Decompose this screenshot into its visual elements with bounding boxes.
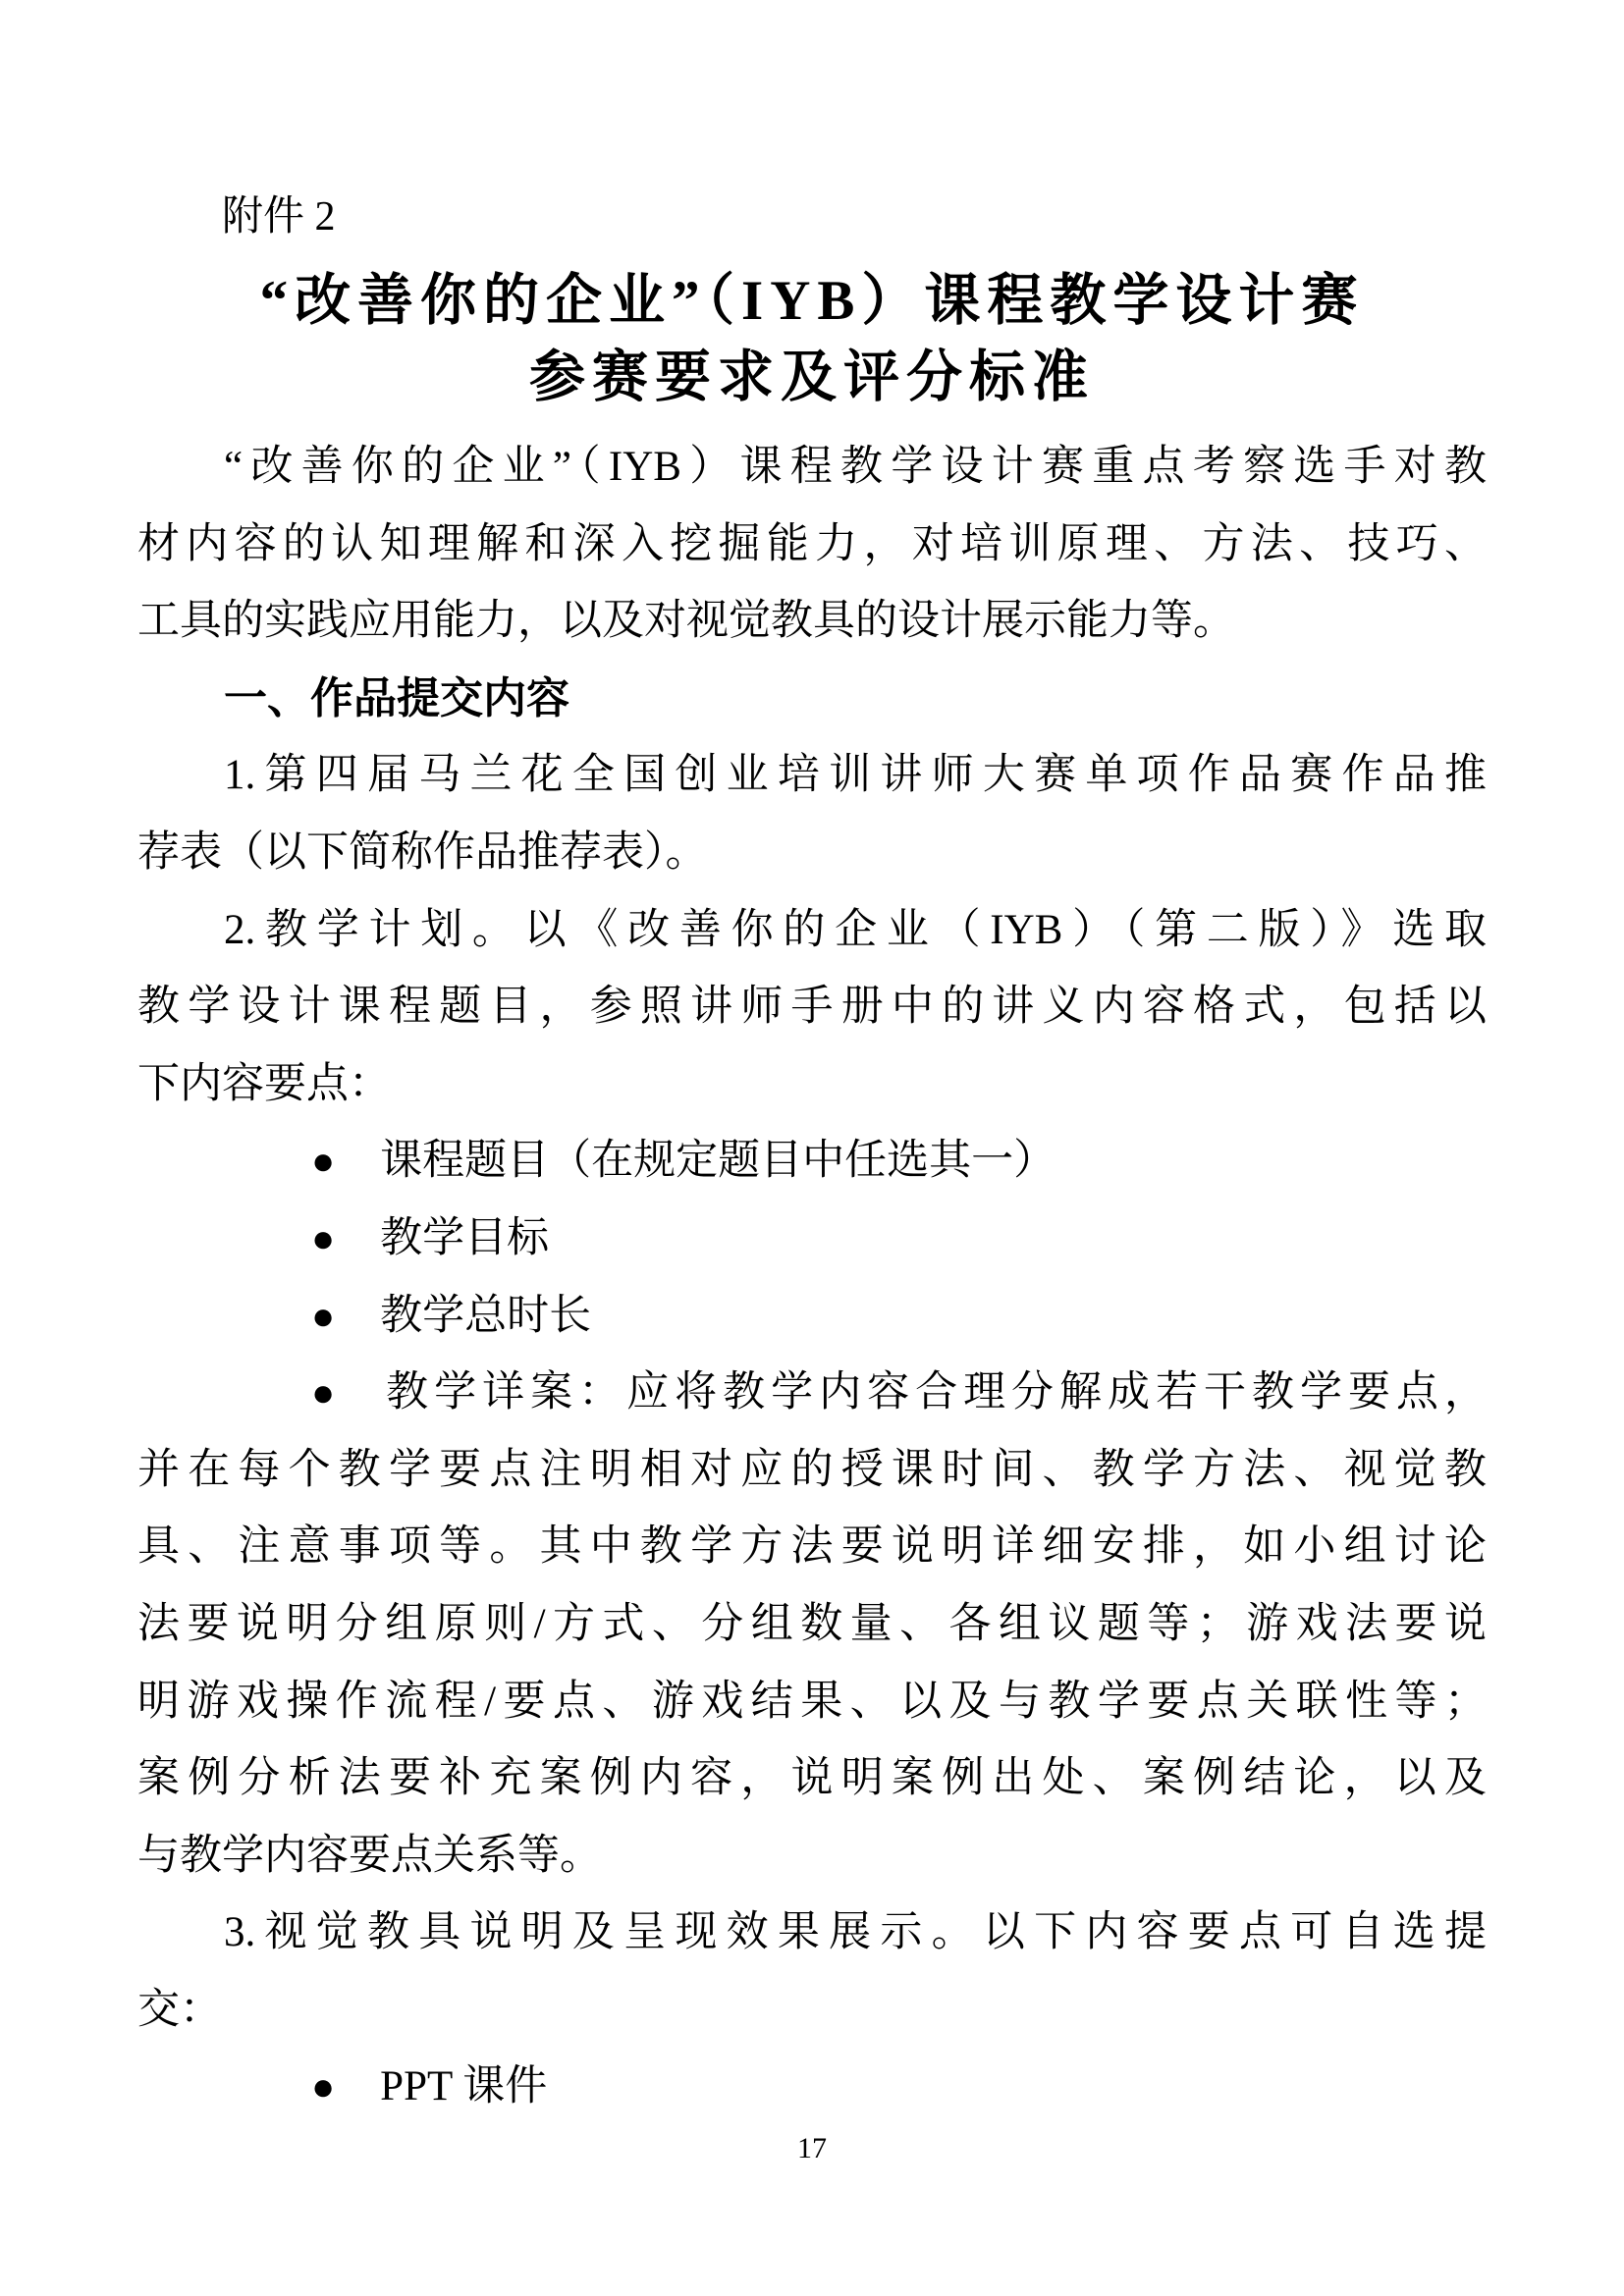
section-heading: 一、作品提交内容 [137, 661, 1487, 738]
bullet-item: ●PPT 课件 [137, 2049, 1487, 2126]
bullet-text: 教学详案：应将教学内容合理分解成若干教学要点， [386, 1369, 1487, 1415]
text-line: 荐表（以下简称作品推荐表）。 [137, 815, 1487, 892]
bullet-text: PPT 课件 [380, 2063, 547, 2109]
bullet-item: ●教学目标 [137, 1201, 1487, 1278]
bullet-text: 教学目标 [380, 1215, 549, 1261]
bullet-icon: ● [311, 1370, 341, 1415]
bullet-text: 课程题目（在规定题目中任选其一） [380, 1138, 1056, 1184]
bullet-icon: ● [311, 1139, 335, 1183]
text-line: 具、注意事项等。其中教学方法要说明详细安排，如小组讨论 [137, 1509, 1487, 1586]
document-body: “改善你的企业”（IYB）课程教学设计赛重点考察选手对教材内容的认知理解和深入挖… [137, 429, 1487, 2126]
text-line: “改善你的企业”（IYB）课程教学设计赛重点考察选手对教 [137, 429, 1487, 507]
bullet-text: 教学总时长 [380, 1293, 591, 1339]
bullet-item: ●课程题目（在规定题目中任选其一） [137, 1123, 1487, 1201]
bullet-icon: ● [311, 1294, 335, 1338]
text-line: 明游戏操作流程/要点、游戏结果、以及与教学要点关联性等； [137, 1664, 1487, 1741]
text-line: 材内容的认知理解和深入挖掘能力，对培训原理、方法、技巧、 [137, 507, 1487, 584]
bullet-item: ●教学总时长 [137, 1278, 1487, 1356]
document-title-line2: 参赛要求及评分标准 [0, 347, 1624, 409]
text-line: 工具的实践应用能力，以及对视觉教具的设计展示能力等。 [137, 583, 1487, 661]
document-title-line1: “改善你的企业”（IYB）课程教学设计赛 [0, 271, 1624, 333]
text-line: 教学设计课程题目，参照讲师手册中的讲义内容格式，包括以 [137, 969, 1487, 1046]
bullet-icon: ● [311, 2064, 335, 2109]
page-number: 17 [0, 2134, 1624, 2163]
attachment-label: 附件 2 [222, 196, 336, 238]
text-line: 2.教学计划。以《改善你的企业（IYB）（第二版）》选取 [137, 892, 1487, 970]
bullet-item: ●教学详案：应将教学内容合理分解成若干教学要点， [137, 1355, 1487, 1432]
text-line: 1.第四届马兰花全国创业培训讲师大赛单项作品赛作品推 [137, 737, 1487, 815]
text-line: 法要说明分组原则/方式、分组数量、各组议题等；游戏法要说 [137, 1586, 1487, 1664]
text-line: 3.视觉教具说明及呈现效果展示。以下内容要点可自选提 [137, 1895, 1487, 1972]
text-line: 并在每个教学要点注明相对应的授课时间、教学方法、视觉教 [137, 1432, 1487, 1510]
text-line: 案例分析法要补充案例内容，说明案例出处、案例结论，以及 [137, 1740, 1487, 1818]
document-page: 附件 2 “改善你的企业”（IYB）课程教学设计赛 参赛要求及评分标准 “改善你… [0, 0, 1624, 2296]
text-line: 与教学内容要点关系等。 [137, 1818, 1487, 1896]
bullet-icon: ● [311, 1216, 335, 1260]
text-line: 下内容要点： [137, 1046, 1487, 1124]
text-line: 交： [137, 1972, 1487, 2050]
